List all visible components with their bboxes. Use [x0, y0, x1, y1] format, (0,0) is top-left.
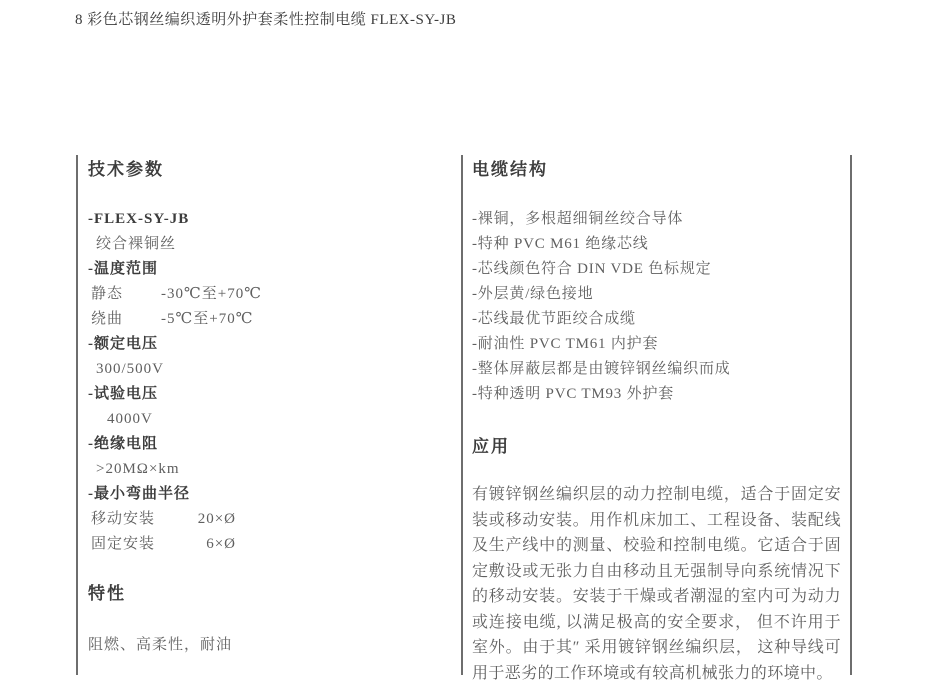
param-row: 4000V	[88, 407, 398, 432]
param-label: 绕曲	[91, 307, 161, 332]
cable-structure-section: 电缆结构 -裸铜，多根超细铜丝绞合导体-特种 PVC M61 绝缘芯线-芯线颜色…	[461, 155, 852, 675]
cable-structure-heading: 电缆结构	[472, 158, 841, 182]
application-heading: 应用	[472, 435, 841, 459]
tech-param-list: -FLEX-SY-JB绞合裸铜丝-温度范围静态-30℃至+70℃绕曲-5℃至+7…	[88, 207, 398, 557]
param-row: -绝缘电阻	[88, 432, 398, 457]
param-value: 20×Ø	[190, 507, 236, 532]
structure-item: -裸铜，多根超细铜丝绞合导体	[472, 207, 841, 232]
param-row: -温度范围	[88, 257, 398, 282]
structure-item: -芯线颜色符合 DIN VDE 色标规定	[472, 257, 841, 282]
structure-item: -外层黄/绿色接地	[472, 282, 841, 307]
structure-item: -整体屏蔽层都是由镀锌钢丝编织而成	[472, 357, 841, 382]
page-title: 8 彩色芯钢丝编织透明外护套柔性控制电缆 FLEX-SY-JB	[75, 8, 456, 29]
param-row: 固定安装6×Ø	[88, 532, 398, 557]
param-value: -30℃至+70℃	[161, 286, 262, 302]
param-row: 绞合裸铜丝	[88, 232, 398, 257]
structure-item: -特种透明 PVC TM93 外护套	[472, 382, 841, 407]
param-value: 6×Ø	[190, 532, 236, 557]
param-row: 绕曲-5℃至+70℃	[88, 307, 398, 332]
param-row: -试验电压	[88, 382, 398, 407]
param-row: 300/500V	[88, 357, 398, 382]
param-row: 移动安装20×Ø	[88, 507, 398, 532]
param-label: 静态	[91, 282, 161, 307]
structure-item: -芯线最优节距绞合成缆	[472, 307, 841, 332]
technical-parameters-section: 技术参数 -FLEX-SY-JB绞合裸铜丝-温度范围静态-30℃至+70℃绕曲-…	[76, 155, 398, 675]
param-value: -5℃至+70℃	[161, 311, 254, 327]
param-label: 移动安装	[91, 507, 190, 532]
param-row: -FLEX-SY-JB	[88, 207, 398, 232]
features-heading: 特性	[88, 582, 398, 606]
application-text: 有镀锌钢丝编织层的动力控制电缆，适合于固定安装或移动安装。用作机床加工、工程设备…	[472, 482, 841, 686]
structure-item: -特种 PVC M61 绝缘芯线	[472, 232, 841, 257]
param-row: 静态-30℃至+70℃	[88, 282, 398, 307]
features-text: 阻燃、高柔性，耐油	[88, 633, 398, 658]
param-row: >20MΩ×km	[88, 457, 398, 482]
param-row: -额定电压	[88, 332, 398, 357]
cable-structure-list: -裸铜，多根超细铜丝绞合导体-特种 PVC M61 绝缘芯线-芯线颜色符合 DI…	[472, 207, 841, 407]
technical-parameters-heading: 技术参数	[88, 158, 398, 182]
datasheet-page: 8 彩色芯钢丝编织透明外护套柔性控制电缆 FLEX-SY-JB 技术参数 -FL…	[0, 0, 930, 695]
param-row: -最小弯曲半径	[88, 482, 398, 507]
structure-item: -耐油性 PVC TM61 内护套	[472, 332, 841, 357]
param-label: 固定安装	[91, 532, 190, 557]
